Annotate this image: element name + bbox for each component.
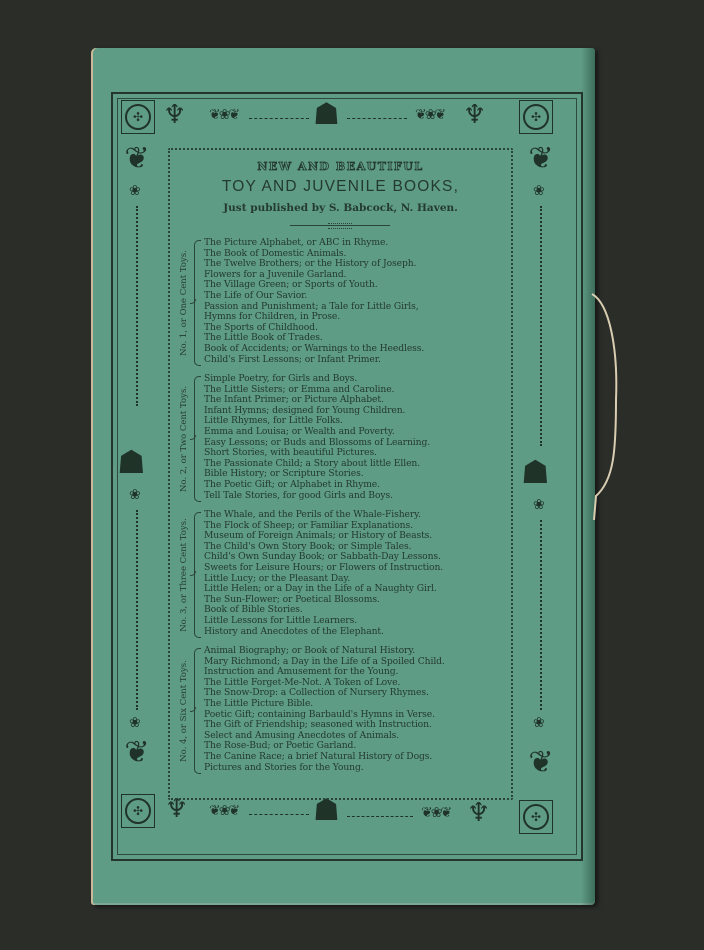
top-rule-left — [249, 118, 309, 119]
list-item: The Little Picture Bible. — [204, 699, 509, 710]
flower-basket-icon: ❦ — [523, 748, 559, 782]
list-item: Pictures and Stories for the Young. — [204, 763, 509, 774]
section-one-cent-toys: No. 1, or One Cent Toys. The Picture Alp… — [174, 238, 509, 368]
scroll-ornament-icon: ❦❀❦ — [421, 806, 450, 820]
flower-basket-icon: ❦ — [119, 144, 155, 178]
list-item: Emma and Louisa; or Wealth and Poverty. — [204, 427, 509, 438]
header-publisher: Just published by S. Babcock, N. Haven. — [170, 202, 511, 214]
scroll-ornament-icon: ❀ — [129, 716, 141, 730]
beehive-icon: ☗ — [313, 100, 340, 130]
rosette-icon: ✣ — [519, 100, 553, 134]
list-item: Sweets for Leisure Hours; or Flowers of … — [204, 563, 509, 574]
list-item: The Life of Our Savior. — [204, 291, 509, 302]
beehive-icon: ☗ — [313, 796, 340, 826]
header-new-and-beautiful: NEW AND BEAUTIFUL — [170, 160, 511, 173]
list-item: Child's First Lessons; or Infant Primer. — [204, 355, 509, 366]
list-item: Book of Accidents; or Warnings to the He… — [204, 344, 509, 355]
flower-basket-icon: ❦ — [523, 144, 559, 178]
binding-thread — [590, 290, 650, 520]
list-item: The Picture Alphabet, or ABC in Rhyme. — [204, 238, 509, 249]
lyre-icon: ♆ — [463, 102, 486, 128]
beehive-icon: ☗ — [117, 446, 146, 478]
left-chain — [136, 510, 138, 710]
bottom-rule-right — [347, 816, 413, 817]
lyre-icon: ♆ — [467, 800, 490, 826]
right-chain — [540, 520, 542, 710]
bottom-rule-left — [249, 814, 309, 815]
brace-icon — [194, 648, 201, 774]
section-label: No. 4, or Six Cent Toys. — [179, 660, 189, 762]
scroll-ornament-icon: ❀ — [129, 488, 141, 502]
flower-basket-icon: ❦ — [119, 738, 155, 772]
booklet-back-cover: ✣ ♆ ❦❀❦ ☗ ❦❀❦ ♆ ✣ ❦ ❀ ☗ ❀ ❀ ❦ ❦ ❀ ☗ ❀ ❀ … — [91, 48, 595, 905]
list-item: The Poetic Gift; or Alphabet in Rhyme. — [204, 480, 509, 491]
list-item: Simple Poetry, for Girls and Boys. — [204, 374, 509, 385]
left-chain — [136, 206, 138, 406]
rosette-icon: ✣ — [121, 100, 155, 134]
section-label: No. 2, or Two Cent Toys. — [179, 386, 189, 492]
lyre-icon: ♆ — [163, 102, 186, 128]
brace-icon — [194, 240, 201, 366]
brace-icon — [194, 376, 201, 502]
list-item: The Canine Race; a brief Natural History… — [204, 752, 509, 763]
list-item: Tell Tale Stories, for good Girls and Bo… — [204, 491, 509, 502]
list-item: Animal Biography; or Book of Natural His… — [204, 646, 509, 657]
beehive-icon: ☗ — [521, 456, 550, 488]
rosette-icon: ✣ — [121, 794, 155, 828]
section-two-cent-toys: No. 2, or Two Cent Toys. Simple Poetry, … — [174, 374, 509, 504]
list-item: Little Lessons for Little Learners. — [204, 616, 509, 627]
inner-text-panel: NEW AND BEAUTIFUL TOY AND JUVENILE BOOKS… — [168, 148, 513, 800]
scroll-ornament-icon: ❀ — [533, 716, 545, 730]
scroll-ornament-icon: ❦❀❦ — [209, 804, 238, 818]
header-title: TOY AND JUVENILE BOOKS, — [170, 178, 511, 196]
scroll-ornament-icon: ❦❀❦ — [415, 108, 444, 122]
right-chain — [540, 206, 542, 446]
brace-icon — [194, 512, 201, 638]
section-label: No. 3, or Three Cent Toys. — [179, 518, 189, 632]
scroll-ornament-icon: ❦❀❦ — [209, 108, 238, 122]
top-rule-right — [347, 118, 407, 119]
scroll-ornament-icon: ❀ — [129, 184, 141, 198]
list-item: History and Anecdotes of the Elephant. — [204, 627, 509, 638]
list-item: The Whale, and the Perils of the Whale-F… — [204, 510, 509, 521]
rosette-icon: ✣ — [519, 800, 553, 834]
section-three-cent-toys: No. 3, or Three Cent Toys. The Whale, an… — [174, 510, 509, 640]
header-divider — [290, 225, 390, 226]
scroll-ornament-icon: ❀ — [533, 184, 545, 198]
section-six-cent-toys: No. 4, or Six Cent Toys. Animal Biograph… — [174, 646, 509, 776]
scroll-ornament-icon: ❀ — [533, 498, 545, 512]
section-label: No. 1, or One Cent Toys. — [179, 250, 189, 356]
